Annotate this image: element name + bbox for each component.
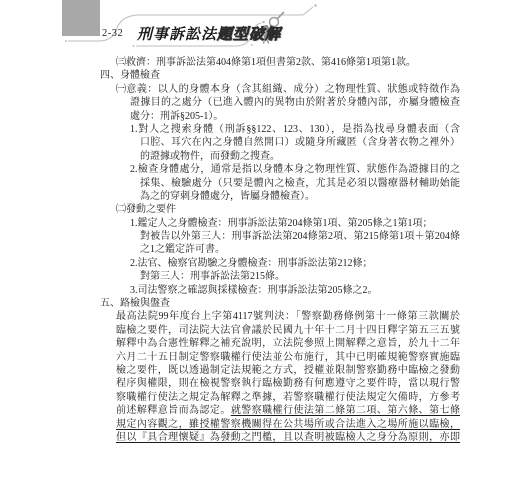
text-line: 規定內容觀之，雖授權警察機關得在公共場所或合法進入之場所施以臨檢， — [116, 418, 460, 431]
section-heading: 五、路檢與盤查 — [100, 297, 460, 310]
text-line: 的證據或物件，而發動之搜查。 — [140, 150, 460, 163]
text-line: 之1之鑑定許可書。 — [140, 243, 460, 256]
book-title-accent: 題型破解 — [217, 27, 281, 43]
text-line: ㈠意義：以人的身體本身（含其組織、成分）之物理性質、狀態或特徵作為 — [116, 83, 460, 96]
underlined-text: 就警察職權行使法第二條第二項、第六條、第七條 — [231, 405, 460, 416]
page-content: ㈢救濟：刑事訴訟法第404條第1項但書第2款、第416條第1項第1款。 四、身體… — [100, 56, 460, 444]
text-line: 處分：刑訴§205-1）。 — [130, 110, 460, 123]
text-line: ㈢救濟：刑事訴訟法第404條第1項但書第2款、第416條第1項第1款。 — [116, 56, 460, 69]
book-page: { "page": { "number": "2-32", "title_mai… — [0, 0, 520, 500]
text-line: 1.鑑定人之身體檢查：刑事訴訟法第204條第1項、第205條之1第1項； — [130, 217, 460, 230]
book-title-main: 刑事訴訟法 — [137, 27, 217, 43]
text-line: 2.檢查身體處分，通常是指以身體本身之物理性質、狀態作為證據目的之 — [130, 163, 460, 176]
section-heading: 四、身體檢查 — [100, 69, 460, 82]
underlined-text: 規定內容觀之，雖授權警察機關得在公共場所或合法進入之場所施以臨檢， — [116, 419, 460, 430]
text-line: 解釋中為合憲性解釋之補充說明，立法院參照上開解釋之意旨，於九十二年 — [116, 337, 460, 350]
text-line: 程序與權限，則在檢視警察執行臨檢勤務有何應遵守之要件時，當以現行警 — [116, 377, 460, 390]
text-line: ㈡發動之要件 — [116, 203, 460, 216]
text-line: 1.對人之搜索身體（刑訴§§122、123、130），是指為找尋身體表面（含 — [130, 123, 460, 136]
text-line: 但以『具合理懷疑』為發動之門檻，且以查明被臨檢人之身分為原則，亦即 — [116, 431, 460, 444]
text-line: 證據目的之處分（已進入體內的異物由於附著於身體內部，亦屬身體檢查 — [130, 96, 460, 109]
text-line: 察職權行使法之規定為解釋之準據，若警察職權行使法規定欠備時，方參考 — [116, 391, 460, 404]
book-title: 刑事訴訟法題型破解 — [137, 23, 281, 44]
text-line: 3.司法警察之確認與採樣檢查：刑事訴訟法第205條之2。 — [130, 284, 460, 297]
text-line: 採集、檢驗處分（只要是體內之檢查，尤其是必須以醫療器材輔助始能 — [140, 177, 460, 190]
text-line: 2.法官、檢察官勘驗之身體檢查：刑事訴訟法第212條； — [130, 257, 460, 270]
page-number: 2-32 — [102, 28, 123, 39]
text-line: 臨檢之要件，司法院大法官會議於民國九十年十二月十四日釋字第五三五號 — [116, 324, 460, 337]
text-line: 口腔、耳穴在內之身體自然開口）或隨身所藏匿（含身著衣物之裡外） — [140, 136, 460, 149]
text-line: 對被告以外第三人：刑事訴訟法第204條第2項、第215條第1項＋第204條 — [140, 230, 460, 243]
underlined-text: 但以『具合理懷疑』為發動之門檻，且以查明被臨檢人之身分為原則，亦即 — [116, 432, 460, 443]
text-line: 最高法院99年度台上字第4117號判決：「警察勤務條例第十一條第三款關於 — [116, 310, 460, 323]
page-corner-tab — [62, 0, 100, 36]
text-line: 前述解釋意旨而為認定。就警察職權行使法第二條第二項、第六條、第七條 — [116, 404, 460, 417]
text-line: 為之的穿刺身體處分，皆屬身體檢查）。 — [140, 190, 460, 203]
text-line: 六月二十五日制定警察職權行使法並公布施行，其中已明確規範警察實施臨 — [116, 351, 460, 364]
text-line: 檢之要件，既以透過制定法規範之方式，授權並限制警察勤務中臨檢之發動 — [116, 364, 460, 377]
text-line: 對第三人：刑事訴訟法第215條。 — [140, 270, 460, 283]
